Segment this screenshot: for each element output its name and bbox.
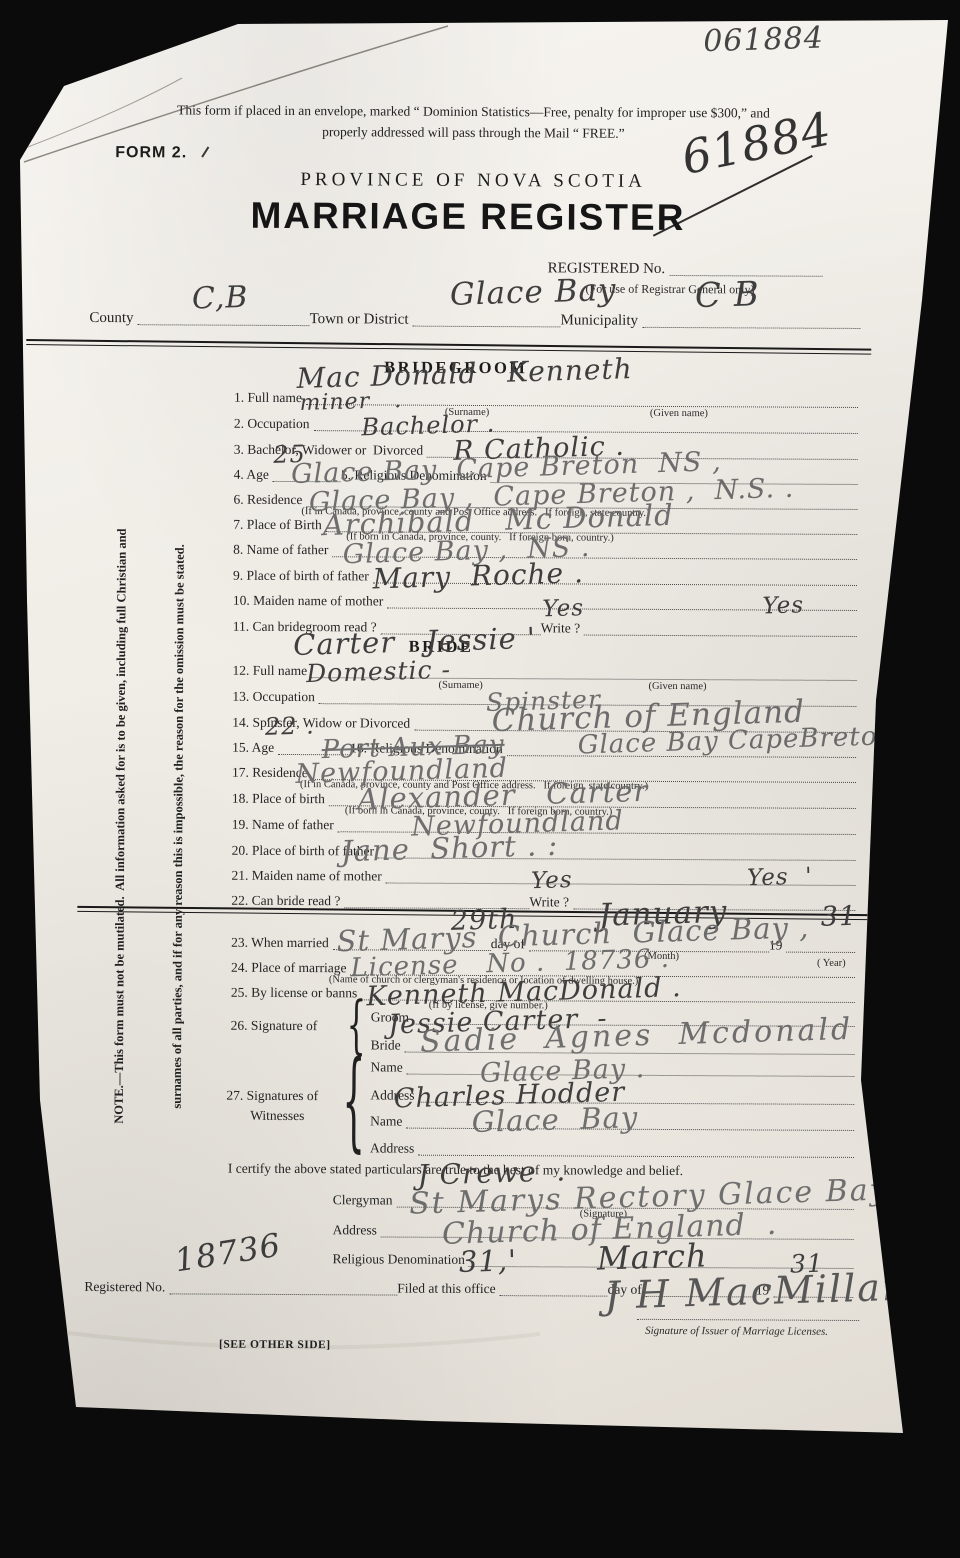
bride-occupation-value: Domestic - [306,657,452,686]
header-divider [26,339,871,355]
groom-write-blank [584,633,857,637]
groom-fullname-label: 1. Full name [234,391,302,406]
license-label: 25. By license or banns [231,986,357,1002]
field-row: Address [370,1138,854,1159]
married-year-value: 31 [820,903,857,931]
municipality-label: Municipality [560,312,638,329]
registered-footer-blank [169,1291,397,1295]
municipality-blank [642,325,860,329]
groom-father-label: 8. Name of father [233,543,328,558]
bride-signature-label: Bride [371,1039,401,1054]
margin-note-line1: NOTE.—This form must not be mutilated. A… [109,496,132,1156]
groom-fullname-value: Mac Donald Kenneth [296,355,633,393]
witness2-address-label: Address [370,1142,414,1157]
signature-of-label: 26. Signature of [231,1019,318,1034]
bride-mother-value: Jane Short . : [341,831,559,866]
groom-father-birthplace-label: 9. Place of birth of father [233,569,369,585]
registered-number-value: 18736 [173,1229,283,1277]
bride-fullname-value: Carter Jessie ' [293,624,537,660]
form-number-label: FORM 2. [115,144,187,162]
filed-label: Filed at this office [397,1282,495,1297]
groom-write-label: Write ? [541,621,581,636]
bride-write-label: Write ? [529,895,569,910]
municipality-value: C B [694,277,760,313]
issuer-caption: Signature of Issuer of Marriage Licenses… [645,1325,828,1338]
witnesses-label-1: 27. Signatures of [226,1089,318,1104]
paper-sheet: 061884 This form if placed in an envelop… [0,0,960,1558]
bride-read-value: Yes [531,869,573,893]
field-row: 2. Occupation [234,414,858,435]
filed-day-blank [500,1293,608,1297]
county-label: County [89,309,133,326]
witnesses-label-2: Witnesses [250,1109,304,1124]
witnesses-brace: { [342,1041,366,1164]
filed-month-value: March [596,1239,708,1274]
issuer-signature-value: J H MacMillan [604,1268,909,1315]
clergy-address-label: Address [333,1223,377,1238]
registered-footer-label: Registered No. [84,1280,165,1295]
town-value: Glace Bay [450,275,617,311]
groom-age-label: 4. Age [234,468,269,483]
groom-birthplace-label: 7. Place of Birth [233,518,322,533]
groom-write-value: Yes [762,594,804,618]
bride-status-label: 14. Spinster, Widow or Divorced [232,716,410,732]
bride-occupation-label: 13. Occupation [232,690,315,705]
groom-mother-label: 10. Maiden name of mother [233,594,383,610]
margin-note: NOTE.—This form must not be mutilated. A… [71,496,229,1157]
bride-fullname-label: 12. Full name [233,664,308,679]
doc-number-handwritten: 061884 [703,24,824,58]
when-year-blank [786,950,855,953]
groom-read-value: Yes [542,597,584,621]
county-value: C,B [192,283,249,315]
see-other-side-label: [SEE OTHER SIDE] [219,1339,331,1352]
clergy-denomination-label: Religious Denomination [332,1252,464,1268]
scanned-page: 061884 This form if placed in an envelop… [0,0,960,1558]
groom-residence-label: 6. Residence [233,493,302,508]
bride-write-value: Yes ' [747,865,813,890]
filed-day-value: 31,' [459,1246,518,1277]
bride-age-value: 22 . [264,713,314,738]
clergyman-label: Clergyman [333,1193,393,1208]
bride-father-label: 19. Name of father [232,818,334,833]
bride-age-label: 15. Age [232,741,274,756]
town-blank [412,324,560,328]
field-row: Religious Denomination [332,1249,853,1270]
town-label: Town or District [310,311,409,328]
county-blank [138,322,310,326]
witness2-name-label: Name [370,1115,402,1130]
when-married-label: 23. When married [231,936,329,951]
groom-occupation-label: 2. Occupation [234,417,310,432]
register-title: MARRIAGE REGISTER [73,194,863,240]
bride-birthplace-label: 18. Place of birth [232,792,325,807]
witness1-name-label: Name [370,1061,402,1076]
bride-mother-label: 21. Maiden name of mother [231,869,381,885]
witness2-address-value: Glace Bay [471,1103,638,1137]
groom-occupation-value: miner . [299,390,402,415]
province-title: PROVINCE OF NOVA SCOTIA [73,168,873,194]
groom-mother-value: Mary Roche . [372,559,584,593]
margin-note-line2: surnames of all parties, and if for any … [167,496,190,1156]
pen-tick-mark [201,146,209,157]
issuer-signature-line [637,1317,859,1321]
